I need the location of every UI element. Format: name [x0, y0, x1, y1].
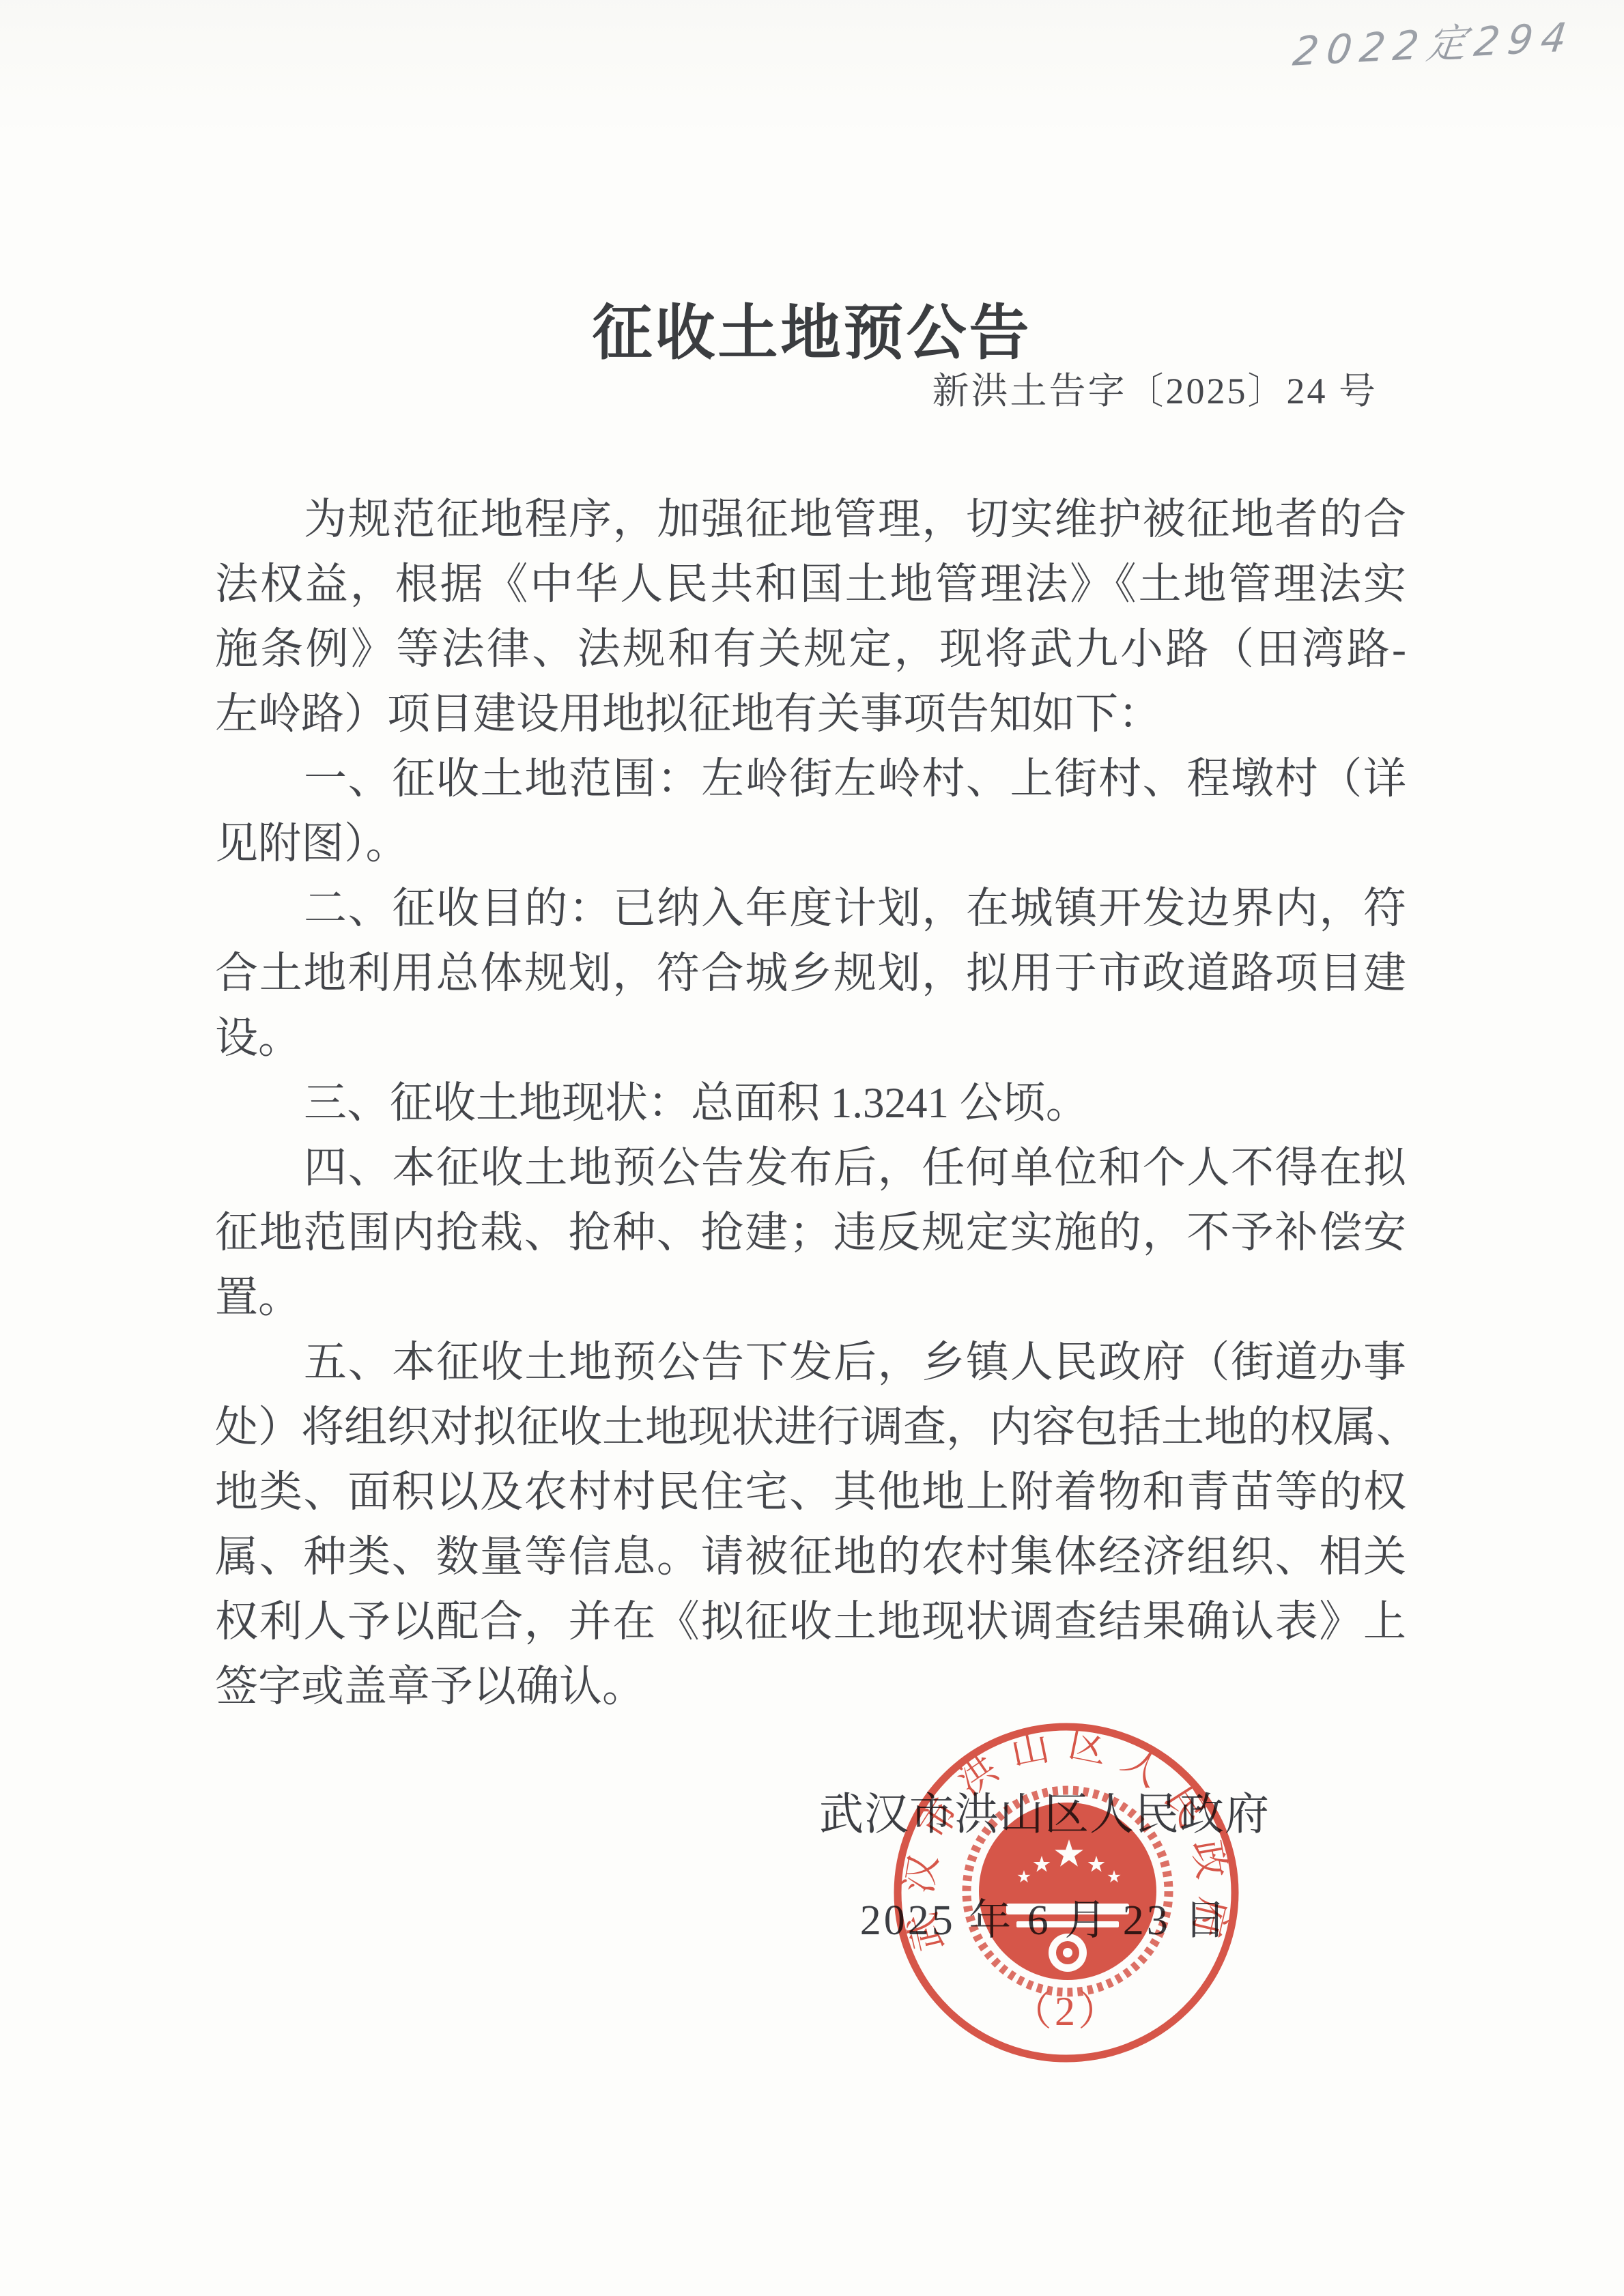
body-line: 置。	[215, 1265, 1406, 1330]
body-line: 三、征收土地现状：总面积 1.3241 公顷。	[215, 1071, 1406, 1136]
issue-date: 2025 年 6 月 23 日	[785, 1899, 1304, 1942]
body-line: 为规范征地程序，加强征地管理，切实维护被征地者的合	[215, 487, 1406, 552]
body-line: 四、本征收土地预公告发布后，任何单位和个人不得在拟	[215, 1136, 1406, 1201]
body-line: 一、征收土地范围：左岭街左岭村、上街村、程墩村（详	[215, 747, 1406, 812]
body-line: 五、本征收土地预公告下发后，乡镇人民政府（街道办事	[215, 1330, 1406, 1395]
body-line: 见附图）。	[215, 812, 1406, 876]
body-line: 施条例》等法律、法规和有关规定，现将武九小路（田湾路-	[215, 617, 1406, 682]
document-page: 2022定294 征收土地预公告 新洪土告字〔2025〕24 号 为规范征地程序…	[0, 0, 1624, 2296]
issuer-name: 武汉市洪山区人民政府	[785, 1793, 1304, 1837]
body-line: 二、征收目的：已纳入年度计划，在城镇开发边界内，符	[215, 876, 1406, 941]
body-line: 签字或盖章予以确认。	[215, 1654, 1406, 1719]
emblem-swirl	[1056, 1941, 1079, 1964]
signature-block: 武汉市洪山区人民政府 2025 年 6 月 23 日	[785, 1793, 1304, 1942]
body-line: 左岭路）项目建设用地拟征地有关事项告知如下：	[215, 682, 1406, 747]
handwritten-note: 2022定294	[1290, 2, 1624, 77]
body-line: 属、种类、数量等信息。请被征地的农村集体经济组织、相关	[215, 1525, 1406, 1590]
body-line: 征地范围内抢栽、抢种、抢建；违反规定实施的，不予补偿安	[215, 1201, 1406, 1265]
body-line: 合土地利用总体规划，符合城乡规划，拟用于市政道路项目建	[215, 941, 1406, 1006]
seal-number: （2）	[1011, 1989, 1122, 2034]
body-line: 权利人予以配合，并在《拟征收土地现状调查结果确认表》上	[215, 1590, 1406, 1654]
emblem-swirl	[1063, 1948, 1072, 1957]
doc-number: 新洪土告字〔2025〕24 号	[0, 373, 1624, 410]
body-line: 设。	[215, 1006, 1406, 1071]
document-body: 为规范征地程序，加强征地管理，切实维护被征地者的合法权益，根据《中华人民共和国土…	[215, 487, 1406, 1719]
page-title: 征收土地预公告	[0, 303, 1624, 363]
body-line: 地类、面积以及农村村民住宅、其他地上附着物和青苗等的权	[215, 1460, 1406, 1525]
body-line: 法权益，根据《中华人民共和国土地管理法》《土地管理法实	[215, 552, 1406, 617]
body-line: 处）将组织对拟征收土地现状进行调查，内容包括土地的权属、	[215, 1395, 1406, 1460]
